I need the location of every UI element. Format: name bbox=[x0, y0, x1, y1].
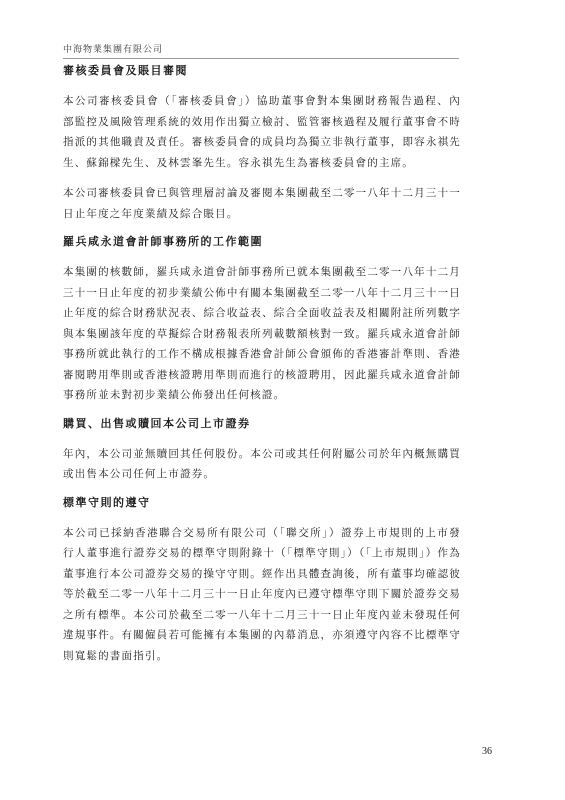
paragraph: 本公司已採納香港聯合交易所有限公司（「聯交所」）證券上市規則的上市發行人董事進行… bbox=[63, 523, 461, 667]
section-heading: 審核委員會及賬目審閱 bbox=[63, 63, 461, 79]
section-model-code: 標準守則的遵守 本公司已採納香港聯合交易所有限公司（「聯交所」）證券上市規則的上… bbox=[63, 495, 461, 667]
section-heading: 標準守則的遵守 bbox=[63, 495, 461, 511]
section-heading: 羅兵咸永道會計師事務所的工作範圍 bbox=[63, 234, 461, 250]
paragraph: 本公司審核委員會已與管理層討論及審閱本集團截至二零一八年十二月三十一日止年度之年… bbox=[63, 183, 461, 224]
page-number: 36 bbox=[482, 746, 492, 757]
document-body: 審核委員會及賬目審閱 本公司審核委員會（「審核委員會」）協助董事會對本集團財務報… bbox=[63, 63, 461, 676]
section-securities: 購買、出售或贖回本公司上市證券 年內，本公司並無贖回其任何股份。本公司或其任何附… bbox=[63, 416, 461, 485]
paragraph: 年內，本公司並無贖回其任何股份。本公司或其任何附屬公司於年內概無購買或出售本公司… bbox=[63, 444, 461, 485]
paragraph: 本集團的核數師，羅兵咸永道會計師事務所已就本集團截至二零一八年十二月三十一日止年… bbox=[63, 262, 461, 406]
running-header: 中海物業集團有限公司 bbox=[63, 42, 459, 59]
section-audit-committee: 審核委員會及賬目審閱 本公司審核委員會（「審核委員會」）協助董事會對本集團財務報… bbox=[63, 63, 461, 224]
section-heading: 購買、出售或贖回本公司上市證券 bbox=[63, 416, 461, 432]
paragraph: 本公司審核委員會（「審核委員會」）協助董事會對本集團財務報告過程、內部監控及風險… bbox=[63, 91, 461, 173]
section-auditor-scope: 羅兵咸永道會計師事務所的工作範圍 本集團的核數師，羅兵咸永道會計師事務所已就本集… bbox=[63, 234, 461, 406]
